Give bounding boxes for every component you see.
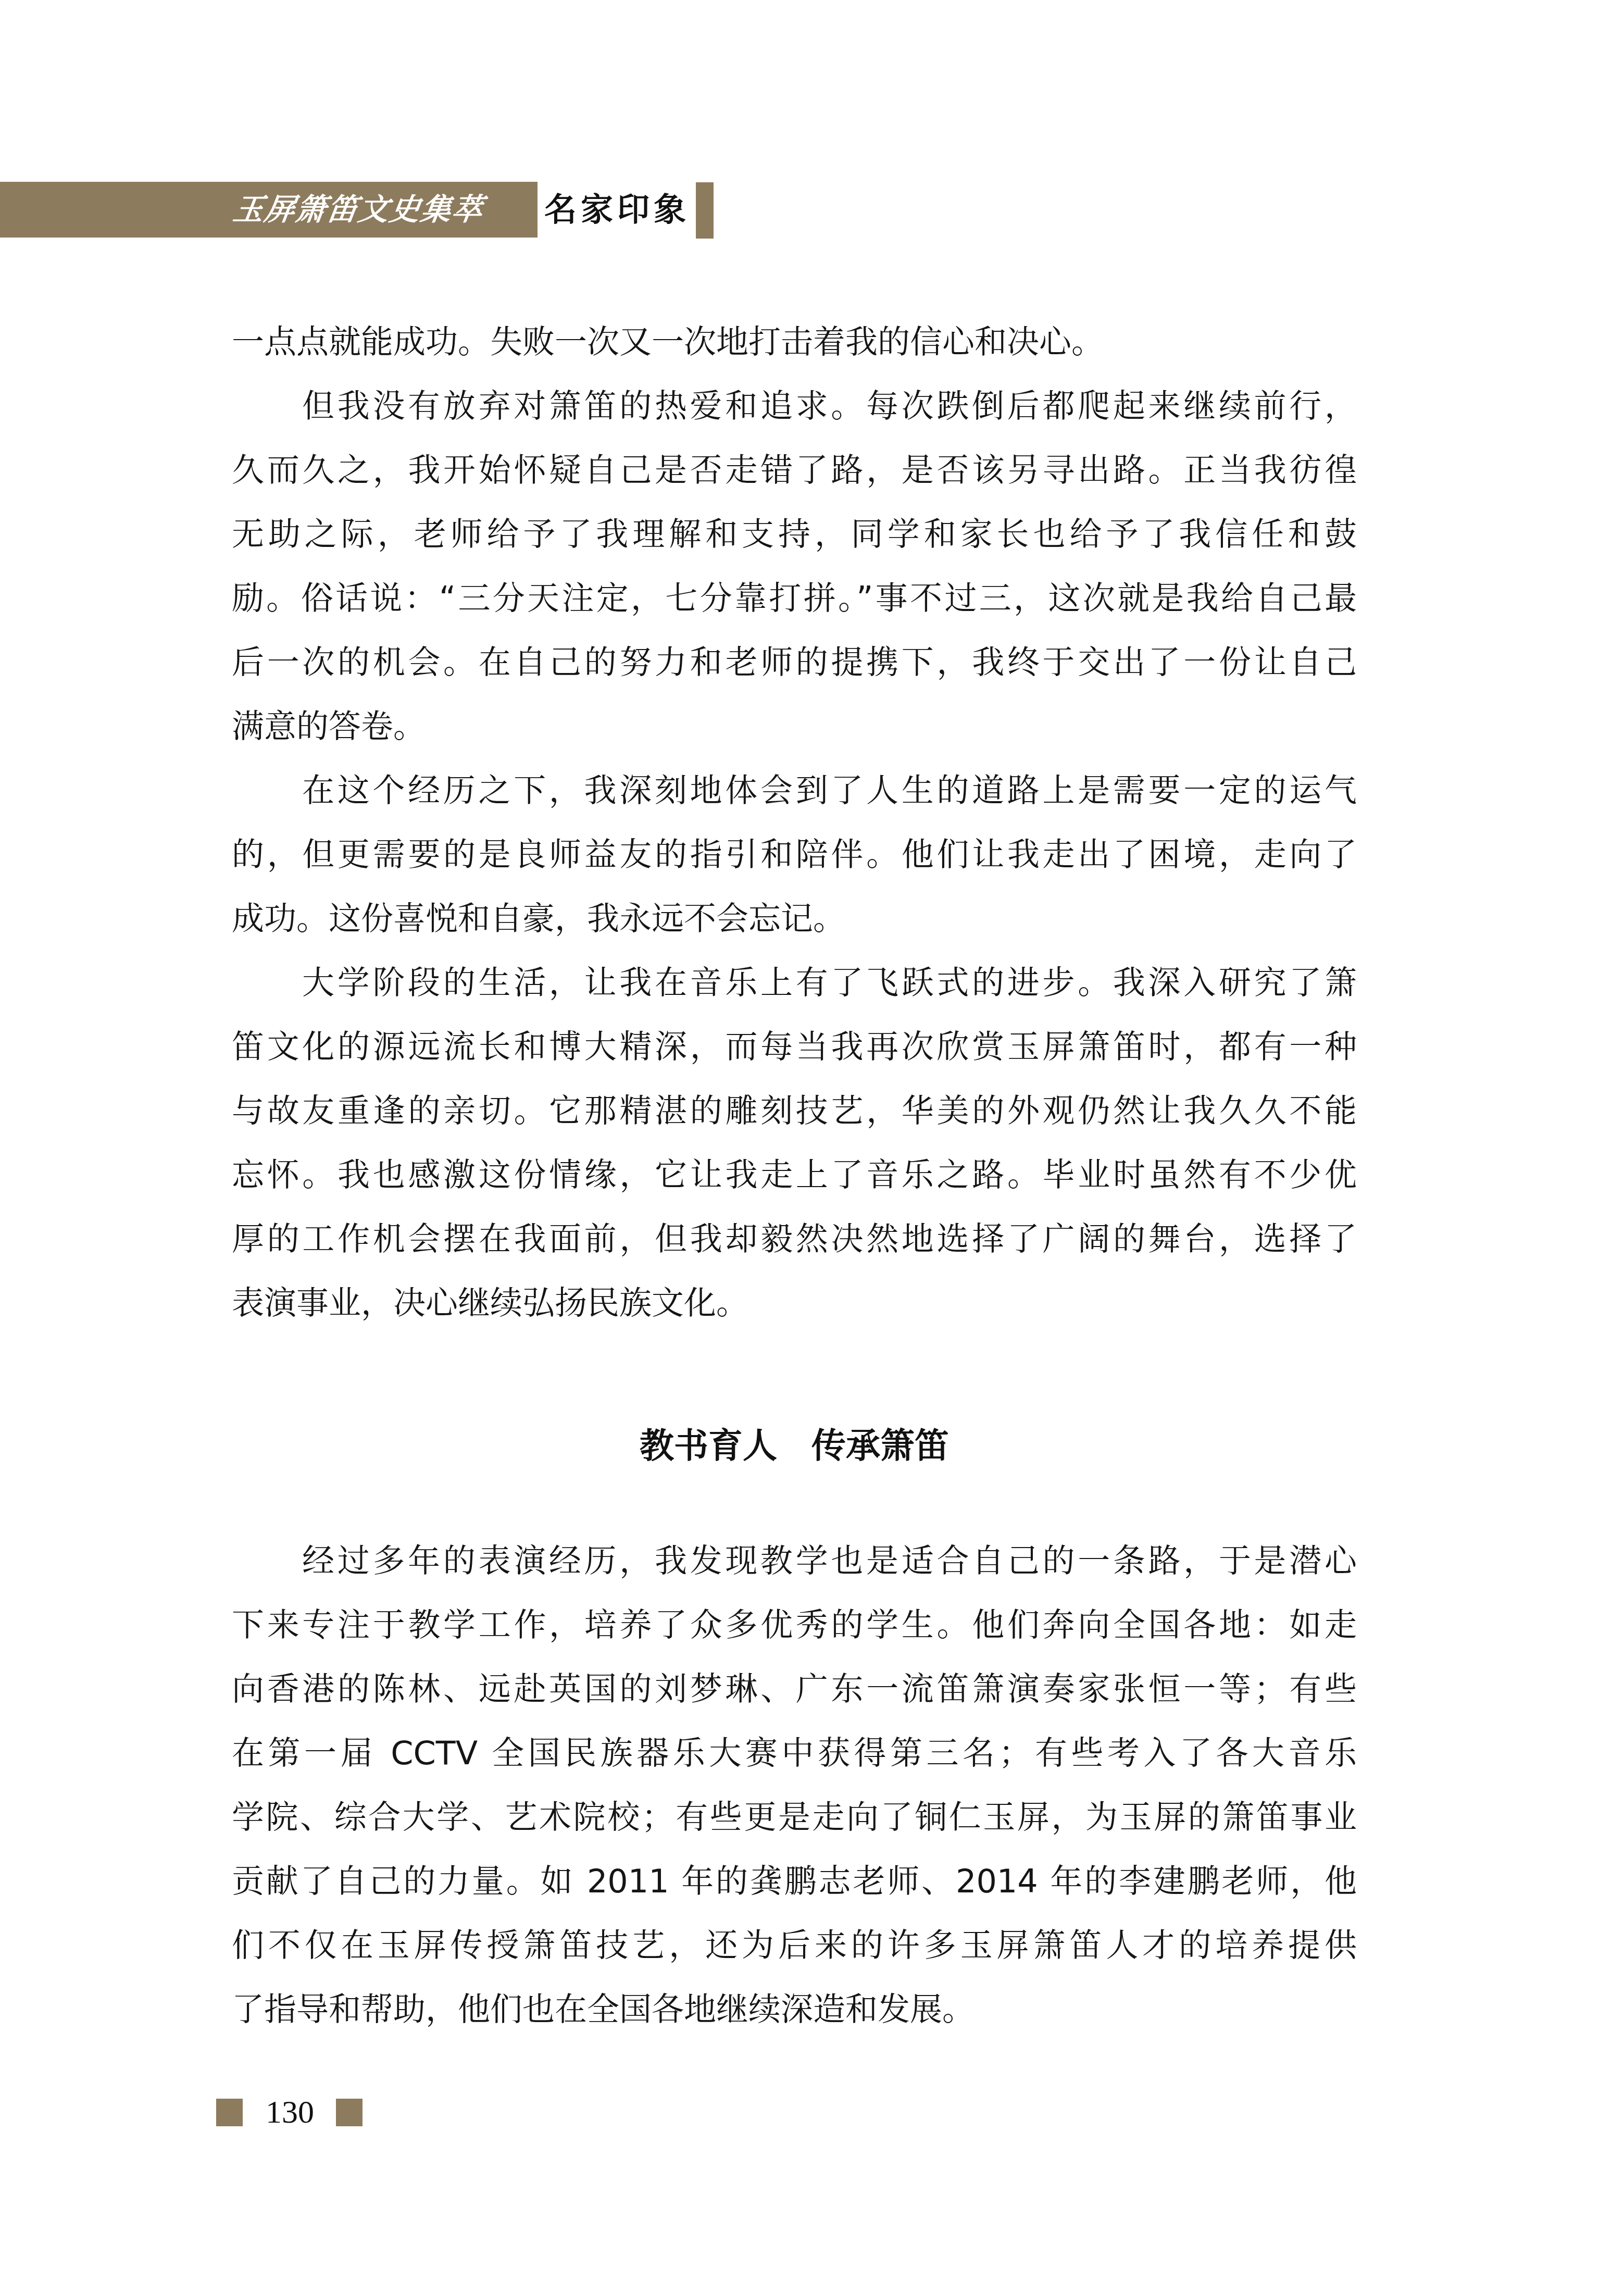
text-line: 们不仅在玉屏传授箫笛技艺，还为后来的许多玉屏箫笛人才的培养提供	[232, 1913, 1357, 1977]
series-title-calligraphy: 玉屏箫笛文史集萃	[229, 182, 503, 238]
text-line: 笛文化的源远流长和博大精深，而每当我再次欣赏玉屏箫笛时，都有一种	[232, 1015, 1357, 1079]
body-text-block-1: 一点点就能成功。失败一次又一次地打击着我的信心和决心。 但我没有放弃对箫笛的热爱…	[232, 310, 1357, 1335]
text-line: 厚的工作机会摆在我面前，但我却毅然决然地选择了广阔的舞台，选择了	[232, 1207, 1357, 1271]
text-line: 经过多年的表演经历，我发现教学也是适合自己的一条路，于是潜心	[232, 1529, 1357, 1593]
page-number: 130	[266, 2097, 314, 2128]
text-line: 的，但更需要的是良师益友的指引和陪伴。他们让我走出了困境，走向了	[232, 822, 1357, 887]
header-accent-bar	[696, 182, 714, 239]
text-line: 在第一届 CCTV 全国民族器乐大赛中获得第三名；有些考入了各大音乐	[232, 1721, 1357, 1785]
text-line: 表演事业，决心继续弘扬民族文化。	[232, 1271, 1357, 1335]
text-line: 但我没有放弃对箫笛的热爱和追求。每次跌倒后都爬起来继续前行，	[232, 374, 1357, 438]
text-line: 成功。这份喜悦和自豪，我永远不会忘记。	[232, 887, 1357, 951]
page-footer: 130	[216, 2097, 363, 2128]
text-line: 了指导和帮助，他们也在全国各地继续深造和发展。	[232, 1977, 1357, 2041]
text-line: 下来专注于教学工作，培养了众多优秀的学生。他们奔向全国各地：如走	[232, 1593, 1357, 1657]
text-line: 满意的答卷。	[232, 694, 1357, 758]
footer-left-square-icon	[216, 2099, 243, 2126]
section-title: 名家印象	[542, 182, 693, 238]
text-line: 在这个经历之下，我深刻地体会到了人生的道路上是需要一定的运气	[232, 758, 1357, 822]
text-line: 后一次的机会。在自己的努力和老师的提携下，我终于交出了一份让自己	[232, 630, 1357, 694]
text-line: 无助之际，老师给予了我理解和支持，同学和家长也给予了我信任和鼓	[232, 502, 1357, 566]
text-line: 大学阶段的生活，让我在音乐上有了飞跃式的进步。我深入研究了箫	[232, 951, 1357, 1015]
running-header-bar: 玉屏箫笛文史集萃	[0, 182, 538, 238]
text-line: 学院、综合大学、艺术院校；有些更是走向了铜仁玉屏，为玉屏的箫笛事业	[232, 1785, 1357, 1849]
footer-right-square-icon	[336, 2099, 363, 2126]
text-line: 忘怀。我也感激这份情缘，它让我走上了音乐之路。毕业时虽然有不少优	[232, 1143, 1357, 1207]
text-line: 向香港的陈林、远赴英国的刘梦琳、广东一流笛箫演奏家张恒一等；有些	[232, 1657, 1357, 1721]
body-text-block-2: 经过多年的表演经历，我发现教学也是适合自己的一条路，于是潜心 下来专注于教学工作…	[232, 1529, 1357, 2041]
section-heading: 教书育人 传承箫笛	[232, 1417, 1357, 1474]
text-line: 贡献了自己的力量。如 2011 年的龚鹏志老师、2014 年的李建鹏老师，他	[232, 1849, 1357, 1913]
text-line: 励。俗话说：“三分天注定，七分靠打拼。”事不过三，这次就是我给自己最	[232, 566, 1357, 630]
text-line: 久而久之，我开始怀疑自己是否走错了路，是否该另寻出路。正当我彷徨	[232, 438, 1357, 502]
text-line: 与故友重逢的亲切。它那精湛的雕刻技艺，华美的外观仍然让我久久不能	[232, 1079, 1357, 1143]
text-line: 一点点就能成功。失败一次又一次地打击着我的信心和决心。	[232, 310, 1357, 374]
